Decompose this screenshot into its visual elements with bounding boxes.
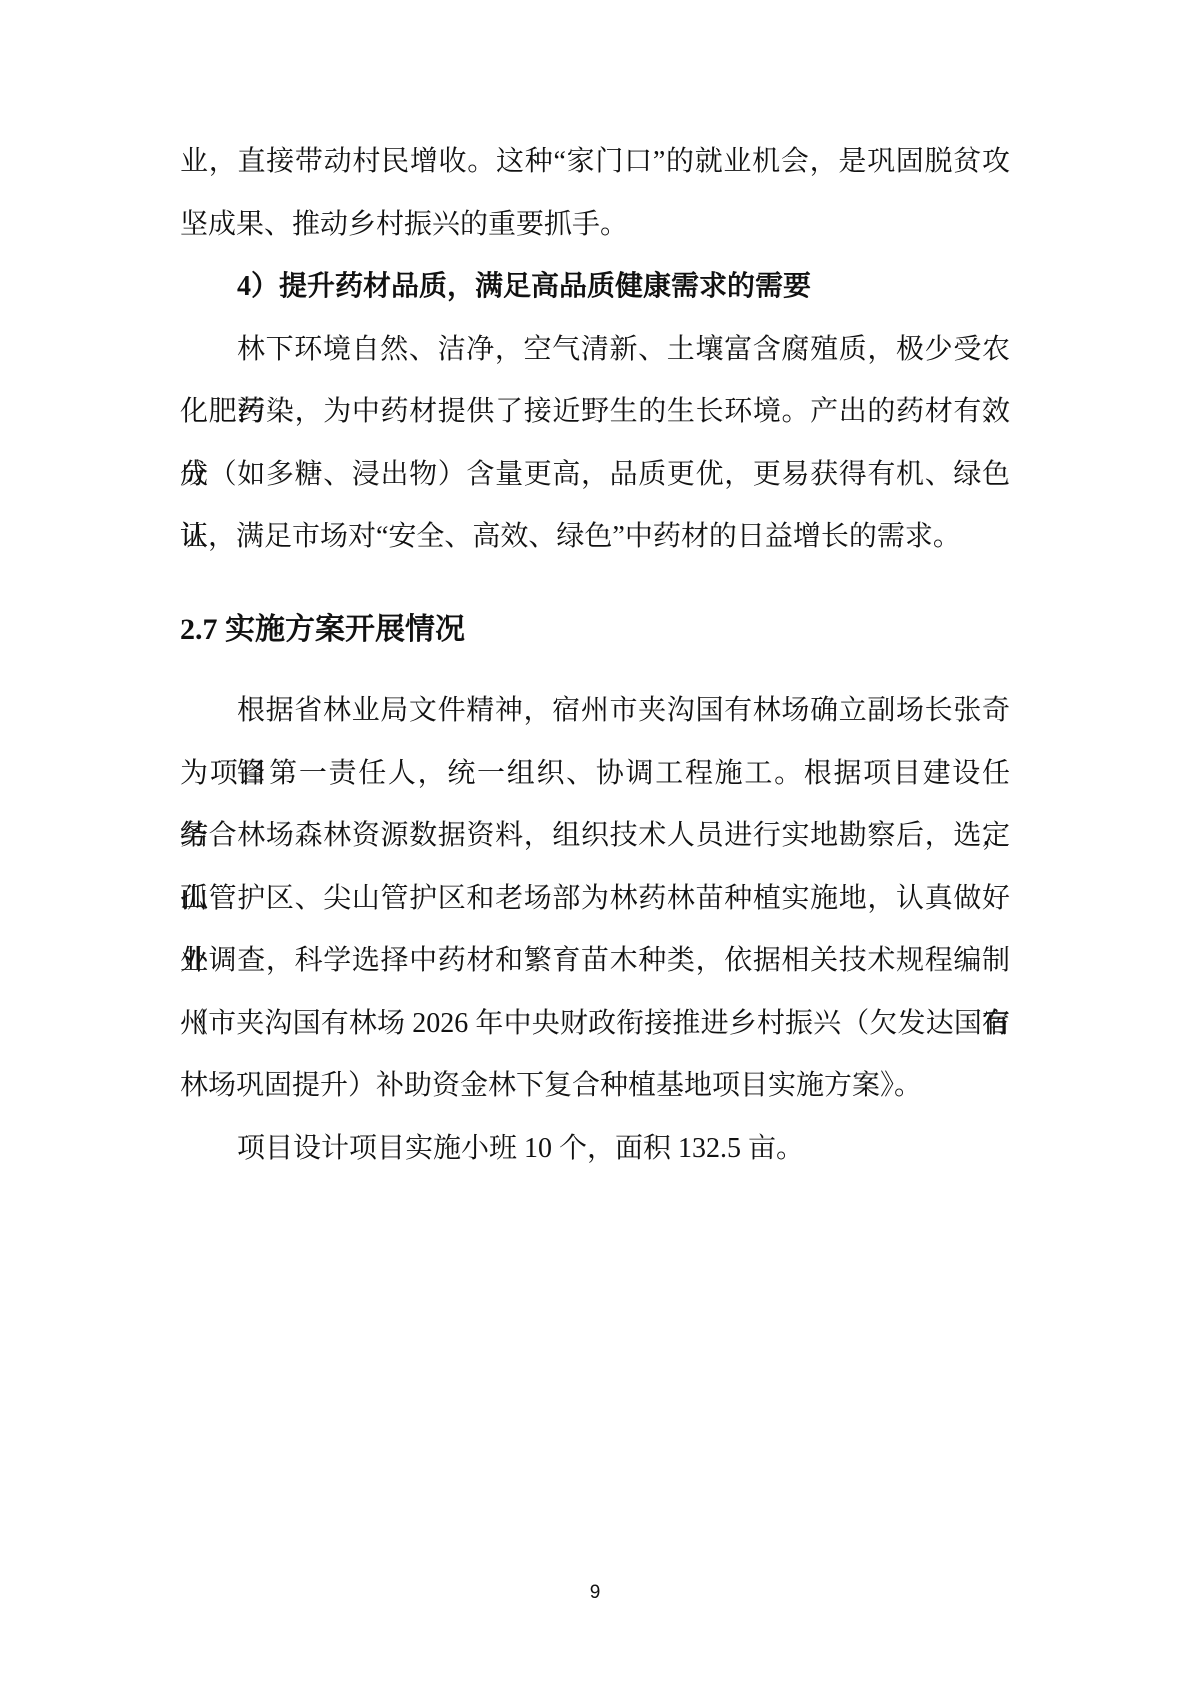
body-line: 化肥污染，为中药材提供了接近野生的生长环境。产出的药材有效成 bbox=[180, 381, 1010, 444]
body-line: 分（如多糖、浸出物）含量更高，品质更优，更易获得有机、绿色认 bbox=[180, 444, 1010, 507]
page-number: 9 bbox=[590, 1582, 601, 1603]
subheading-item-4: 4）提升药材品质，满足高品质健康需求的需要 bbox=[180, 256, 1010, 319]
body-line: 林场巩固提升）补助资金林下复合种植基地项目实施方案》。 bbox=[180, 1055, 1010, 1118]
body-line: 坚成果、推动乡村振兴的重要抓手。 bbox=[180, 194, 1010, 257]
body-line: 业，直接带动村民增收。这种“家门口”的就业机会，是巩固脱贫攻 bbox=[180, 131, 1010, 194]
body-line: 证，满足市场对“安全、高效、绿色”中药材的日益增长的需求。 bbox=[180, 506, 1010, 569]
section-heading-2-7: 2.7 实施方案开展情况 bbox=[180, 599, 1010, 662]
body-line: 结合林场森林资源数据资料，组织技术人员进行实地勘察后，选定孤 bbox=[180, 805, 1010, 868]
page-content: 业，直接带动村民增收。这种“家门口”的就业机会，是巩固脱贫攻 坚成果、推动乡村振… bbox=[180, 131, 1010, 1180]
body-line: 项目设计项目实施小班 10 个，面积 132.5 亩。 bbox=[180, 1118, 1010, 1181]
body-line: 州市夹沟国有林场 2026 年中央财政衔接推进乡村振兴（欠发达国有 bbox=[180, 993, 1010, 1056]
body-line: 林下环境自然、洁净，空气清新、土壤富含腐殖质，极少受农药、 bbox=[180, 319, 1010, 382]
body-line: 业调查，科学选择中药材和繁育苗木种类，依据相关技术规程编制《宿 bbox=[180, 930, 1010, 993]
page-footer: 9 bbox=[0, 1582, 1190, 1604]
body-line: 为项目第一责任人，统一组织、协调工程施工。根据项目建设任务， bbox=[180, 743, 1010, 806]
body-line: 根据省林业局文件精神，宿州市夹沟国有林场确立副场长张奇锋 bbox=[180, 680, 1010, 743]
body-line: 山管护区、尖山管护区和老场部为林药林苗种植实施地，认真做好外 bbox=[180, 868, 1010, 931]
document-page: 业，直接带动村民增收。这种“家门口”的就业机会，是巩固脱贫攻 坚成果、推动乡村振… bbox=[0, 0, 1190, 1683]
